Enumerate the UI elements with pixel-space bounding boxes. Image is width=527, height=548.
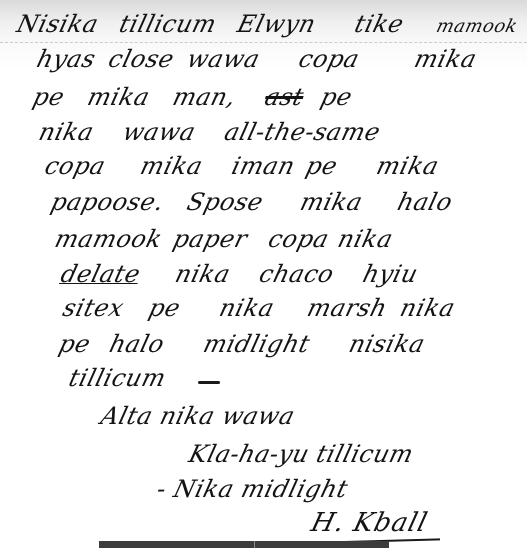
- scan-edge-divider: [254, 541, 255, 548]
- word: wawa: [184, 45, 263, 73]
- scanned-letter-page: NisikatillicumElwyntikemamook hyasclosew…: [0, 0, 527, 548]
- closing-line-1: Alta nika wawa: [98, 402, 298, 430]
- struck-out-word: ast: [262, 83, 307, 111]
- closing-line-2: Kla-ha-yu tillicum: [186, 440, 417, 468]
- word: pe: [303, 152, 341, 180]
- word: mika: [297, 188, 365, 216]
- word: pe: [56, 330, 94, 358]
- word: halo: [107, 330, 168, 358]
- word: Spose: [184, 188, 266, 216]
- closing-line-3: - Nika midlight: [154, 475, 351, 503]
- word: close: [106, 45, 178, 73]
- word: pe: [318, 83, 356, 111]
- word: nika: [216, 294, 277, 322]
- letter-line-7: mamookpapercopanika: [52, 225, 418, 253]
- scan-edge-bar: [99, 541, 389, 548]
- closing-text: Alta nika wawa: [98, 402, 298, 430]
- word: mika: [374, 152, 442, 180]
- word: marsh: [304, 294, 390, 322]
- word: nisika: [346, 330, 428, 358]
- letter-line-3: pemikaman,astpe: [30, 83, 377, 111]
- word: pe: [146, 294, 184, 322]
- word: iman: [229, 152, 298, 180]
- word: paper: [170, 225, 250, 253]
- letter-line-6: papoose.Sposemikahalo: [48, 188, 478, 216]
- word: nika: [36, 118, 97, 146]
- letter-line-10: pehalomidlightnisika: [56, 330, 450, 358]
- word: Elwyn: [235, 10, 319, 38]
- word: tillicum: [117, 10, 220, 38]
- word: papoose.: [48, 188, 167, 216]
- word: mamook: [52, 225, 165, 253]
- word: hyas: [34, 45, 99, 73]
- letter-line-4: nikawawaall-the-same: [36, 118, 405, 146]
- word: chaco: [256, 260, 337, 288]
- word: nika: [172, 260, 233, 288]
- word: mamook: [434, 16, 520, 37]
- word: mika: [85, 83, 153, 111]
- word: nika: [335, 225, 396, 253]
- word: mika: [412, 45, 480, 73]
- word: nika: [397, 294, 458, 322]
- word: sitex: [60, 294, 127, 322]
- dash-mark: [198, 381, 220, 384]
- word: copa: [42, 152, 109, 180]
- word: halo: [395, 188, 456, 216]
- signature-text: H. Kball: [308, 508, 431, 538]
- word: all-the-same: [222, 118, 384, 146]
- word: copa: [296, 45, 363, 73]
- word: tillicum: [66, 364, 169, 392]
- closing-text: - Nika midlight: [154, 475, 351, 503]
- word: tike: [352, 10, 407, 38]
- word: copa: [265, 225, 332, 253]
- letter-line-11: tillicum: [66, 364, 191, 392]
- word: pe: [30, 83, 68, 111]
- signature: H. Kball: [308, 508, 431, 538]
- word: Nisika: [14, 10, 102, 38]
- word: wawa: [120, 118, 199, 146]
- word: man,: [170, 83, 239, 111]
- word: mika: [138, 152, 206, 180]
- letter-line-5: copamikaimanpemika: [42, 152, 464, 180]
- letter-line-1: NisikatillicumElwyntikemamook: [14, 10, 527, 38]
- word: hyiu: [360, 260, 421, 288]
- paper-fold-line: [0, 42, 527, 43]
- letter-line-2: hyasclosewawacopamika: [34, 45, 502, 73]
- closing-text: Kla-ha-yu tillicum: [186, 440, 417, 468]
- underlined-word: delate: [58, 260, 143, 288]
- letter-line-9: sitexpenikamarshnika: [60, 294, 480, 322]
- word: midlight: [200, 330, 313, 358]
- letter-line-8: delatenikachacohyiu: [58, 260, 443, 288]
